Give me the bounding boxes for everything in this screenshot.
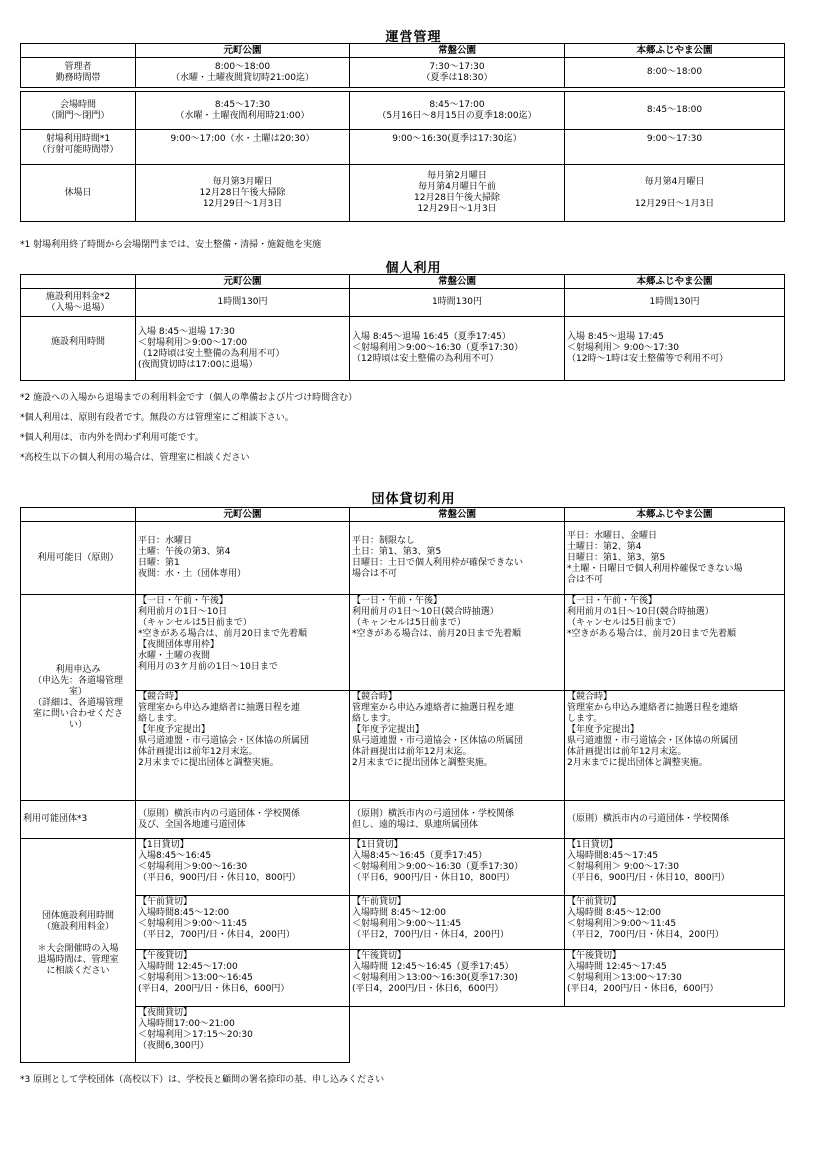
- row-label: 管理者勤務時間帯: [21, 58, 136, 88]
- table-row-availability: 利用可能日（原則） 平日：水曜日土曜：午後の第3、第4日曜：第1夜間：水・土（団…: [21, 522, 785, 595]
- table-row: 休場日 毎月第3月曜日12月28日午後大掃除12月29日～1月3日 毎月第2月曜…: [21, 165, 785, 222]
- cell-motomachi: 【一日・午前・午後】利用前月の1日～10日（キャンセルは5日前まで）*空きがある…: [136, 595, 350, 691]
- table-row: 施設利用時間 入場 8:45～退場 17:30＜射場利用＞9:00～17:00（…: [21, 317, 785, 381]
- row-label: 射場利用時間*1（行射可能時間帯）: [21, 130, 136, 165]
- cell-tokiwa: 9:00～16:30(夏季は17:30迄）: [350, 130, 565, 165]
- cell-tokiwa: 【競合時】管理室から申込み連絡者に抽選日程を連絡します。【年度予定提出】県弓道連…: [350, 691, 565, 801]
- cell-tokiwa: 【午後貸切】入場時間 12:45～16:45（夏季17:45）＜射場利用＞13:…: [350, 950, 565, 1007]
- individual-table: 元町公園 常盤公園 本郷ふじやま公園 施設利用料金*2（入場～退場） 1時間13…: [20, 274, 785, 381]
- header-blank: [21, 44, 136, 58]
- note-residency: *個人利用は、市内外を問わず利用可能です。: [20, 430, 204, 443]
- cell-motomachi: （原則）横浜市内の弓道団体・学校関係及び、全国各地連弓道団体: [136, 801, 350, 839]
- table-header-row: 元町公園 常盤公園 本郷ふじやま公園: [21, 44, 785, 58]
- header-tokiwa: 常盤公園: [350, 275, 565, 289]
- cell-tokiwa: （原則）横浜市内の弓道団体・学校関係但し、遠的場は、県連所属団体: [350, 801, 565, 839]
- cell-motomachi: 9:00～17:00（水・土曜は20:30）: [136, 130, 350, 165]
- cell-motomachi: 平日：水曜日土曜：午後の第3、第4日曜：第1夜間：水・土（団体専用）: [136, 522, 350, 595]
- group-table: 元町公園 常盤公園 本郷ふじやま公園 利用可能日（原則） 平日：水曜日土曜：午後…: [20, 507, 785, 1063]
- cell-motomachi: 1時間130円: [136, 289, 350, 317]
- row-label: 利用可能団体*3: [21, 801, 136, 839]
- cell-motomachi: 毎月第3月曜日12月28日午後大掃除12月29日～1月3日: [136, 165, 350, 222]
- cell-hongo: 【1日貸切】入場時間8:45～17:45＜射場利用＞ 9:00～17:30 （平…: [565, 839, 785, 896]
- cell-motomachi: 【競合時】管理室から申込み連絡者に抽選日程を連絡します。【年度予定提出】県弓道連…: [136, 691, 350, 801]
- cell-hongo: （原則）横浜市内の弓道団体・学校関係: [565, 801, 785, 839]
- header-hongo: 本郷ふじやま公園: [565, 275, 785, 289]
- table-row-fee-night: 【夜間貸切】入場時間17:00～21:00＜射場利用＞17:15～20:30（夜…: [21, 1007, 785, 1063]
- table-row: 管理者勤務時間帯 8:00～18:00（水曜・土曜夜間貸切時21:00迄） 7:…: [21, 58, 785, 88]
- table-row-application-bottom: 【競合時】管理室から申込み連絡者に抽選日程を連絡します。【年度予定提出】県弓道連…: [21, 691, 785, 801]
- footnote-3: *3 原則として学校団体（高校以下）は、学校長と顧問の署名捺印の基、申し込みくだ…: [20, 1072, 384, 1085]
- empty-cell: [350, 1007, 785, 1063]
- cell-motomachi: 【夜間貸切】入場時間17:00～21:00＜射場利用＞17:15～20:30（夜…: [136, 1007, 350, 1063]
- cell-tokiwa: 平日：制限なし土日：第1、第3、第5日曜日：土日で個人利用枠が確保できない場合は…: [350, 522, 565, 595]
- table-row-fee-fullday: 団体施設利用時間（施設利用料金）＊大会開催時の入場退場時間は、管理室に相談くださ…: [21, 839, 785, 896]
- section-title-group: 団体貸切利用: [0, 488, 827, 507]
- cell-hongo: 【競合時】管理室から申込み連絡者に抽選日程を連絡します。【年度予定提出】県弓道連…: [565, 691, 785, 801]
- cell-hongo: 平日：水曜日、金曜日土曜日：第2、第4日曜日：第1、第3、第5*土曜・日曜日で個…: [565, 522, 785, 595]
- header-tokiwa: 常盤公園: [350, 508, 565, 522]
- row-label: 施設利用時間: [21, 317, 136, 381]
- cell-tokiwa: 入場 8:45～退場 16:45（夏季17:45）＜射場利用＞9:00～16:3…: [350, 317, 565, 381]
- header-motomachi: 元町公園: [136, 44, 350, 58]
- cell-hongo: 9:00～17:30: [565, 130, 785, 165]
- header-hongo: 本郷ふじやま公園: [565, 44, 785, 58]
- table-row-application-top: 利用申込み（申込先：各道場管理室）（詳細は、各道場管理室に問い合わせください） …: [21, 595, 785, 691]
- header-blank: [21, 508, 136, 522]
- row-label: 団体施設利用時間（施設利用料金）＊大会開催時の入場退場時間は、管理室に相談くださ…: [21, 839, 136, 1063]
- table-row-fee-morning: 【午前貸切】入場時間8:45～12:00＜射場利用＞9:00～11:45（平日2…: [21, 896, 785, 950]
- cell-hongo: 1時間130円: [565, 289, 785, 317]
- cell-hongo: 8:45～18:00: [565, 92, 785, 130]
- cell-tokiwa: 【1日貸切】入場8:45～16:45（夏季17:45）＜射場利用＞9:00～16…: [350, 839, 565, 896]
- cell-hongo: 【午後貸切】入場時間 12:45～17:45＜射場利用＞13:00～17:30(…: [565, 950, 785, 1007]
- row-label: 利用可能日（原則）: [21, 522, 136, 595]
- header-hongo: 本郷ふじやま公園: [565, 508, 785, 522]
- row-label: 休場日: [21, 165, 136, 222]
- table-row: 会場時間（開門～閉門） 8:45～17:30（水曜・土曜夜間利用時21:00） …: [21, 92, 785, 130]
- cell-motomachi: 8:45～17:30（水曜・土曜夜間利用時21:00）: [136, 92, 350, 130]
- cell-hongo: 毎月第4月曜日12月29日～1月3日: [565, 165, 785, 222]
- table-header-row: 元町公園 常盤公園 本郷ふじやま公園: [21, 275, 785, 289]
- cell-motomachi: 【1日貸切】入場8:45～16:45＜射場利用＞9:00～16:30（平日6，9…: [136, 839, 350, 896]
- header-motomachi: 元町公園: [136, 275, 350, 289]
- table-row-fee-afternoon: 【午後貸切】入場時間 12:45～17:00＜射場利用＞13:00～16:45(…: [21, 950, 785, 1007]
- table-row: 施設利用料金*2（入場～退場） 1時間130円 1時間130円 1時間130円: [21, 289, 785, 317]
- operations-table: 元町公園 常盤公園 本郷ふじやま公園 管理者勤務時間帯 8:00～18:00（水…: [20, 43, 785, 222]
- cell-hongo: 【一日・午前・午後】利用前月の1日～10日(競合時抽選）（キャンセルは5日前まで…: [565, 595, 785, 691]
- cell-hongo: 【午前貸切】入場時間 8:45～12:00＜射場利用＞9:00～11:45（平日…: [565, 896, 785, 950]
- cell-tokiwa: 【一日・午前・午後】利用前月の1日～10日(競合時抽選）（キャンセルは5日前まで…: [350, 595, 565, 691]
- cell-tokiwa: 毎月第2月曜日毎月第4月曜日午前12月28日午後大掃除12月29日～1月3日: [350, 165, 565, 222]
- cell-hongo: 8:00～18:00: [565, 58, 785, 88]
- cell-tokiwa: 【午前貸切】入場時間 8:45～12:00＜射場利用＞9:00～11:45（平日…: [350, 896, 565, 950]
- table-row: 射場利用時間*1（行射可能時間帯） 9:00～17:00（水・土曜は20:30）…: [21, 130, 785, 165]
- cell-motomachi: 【午前貸切】入場時間8:45～12:00＜射場利用＞9:00～11:45（平日2…: [136, 896, 350, 950]
- cell-motomachi: 入場 8:45～退場 17:30＜射場利用＞9:00～17:00（12時頃は安土…: [136, 317, 350, 381]
- note-fee: *2 施設への入場から退場までの利用料金です（個人の準備および片づけ時間含む）: [20, 390, 357, 403]
- cell-tokiwa: 7:30～17:30（夏季は18:30）: [350, 58, 565, 88]
- header-motomachi: 元町公園: [136, 508, 350, 522]
- row-label: 会場時間（開門～閉門）: [21, 92, 136, 130]
- cell-motomachi: 8:00～18:00（水曜・土曜夜間貸切時21:00迄）: [136, 58, 350, 88]
- note-students: *高校生以下の個人利用の場合は、管理室に相談ください: [20, 450, 250, 463]
- cell-tokiwa: 1時間130円: [350, 289, 565, 317]
- note-dan: *個人利用は、原則有段者です。無段の方は管理室にご相談下さい。: [20, 410, 294, 423]
- cell-tokiwa: 8:45～17:00（5月16日～8月15日の夏季18:00迄）: [350, 92, 565, 130]
- header-blank: [21, 275, 136, 289]
- header-tokiwa: 常盤公園: [350, 44, 565, 58]
- cell-hongo: 入場 8:45～退場 17:45＜射場利用＞ 9:00～17:30（12時～1時…: [565, 317, 785, 381]
- table-row-eligible: 利用可能団体*3 （原則）横浜市内の弓道団体・学校関係及び、全国各地連弓道団体 …: [21, 801, 785, 839]
- row-label: 施設利用料金*2（入場～退場）: [21, 289, 136, 317]
- footnote-1: *1 射場利用終了時間から会場閉門までは、安土整備・清掃・施錠他を実施: [20, 237, 321, 250]
- row-label: 利用申込み（申込先：各道場管理室）（詳細は、各道場管理室に問い合わせください）: [21, 595, 136, 801]
- cell-motomachi: 【午後貸切】入場時間 12:45～17:00＜射場利用＞13:00～16:45(…: [136, 950, 350, 1007]
- table-header-row: 元町公園 常盤公園 本郷ふじやま公園: [21, 508, 785, 522]
